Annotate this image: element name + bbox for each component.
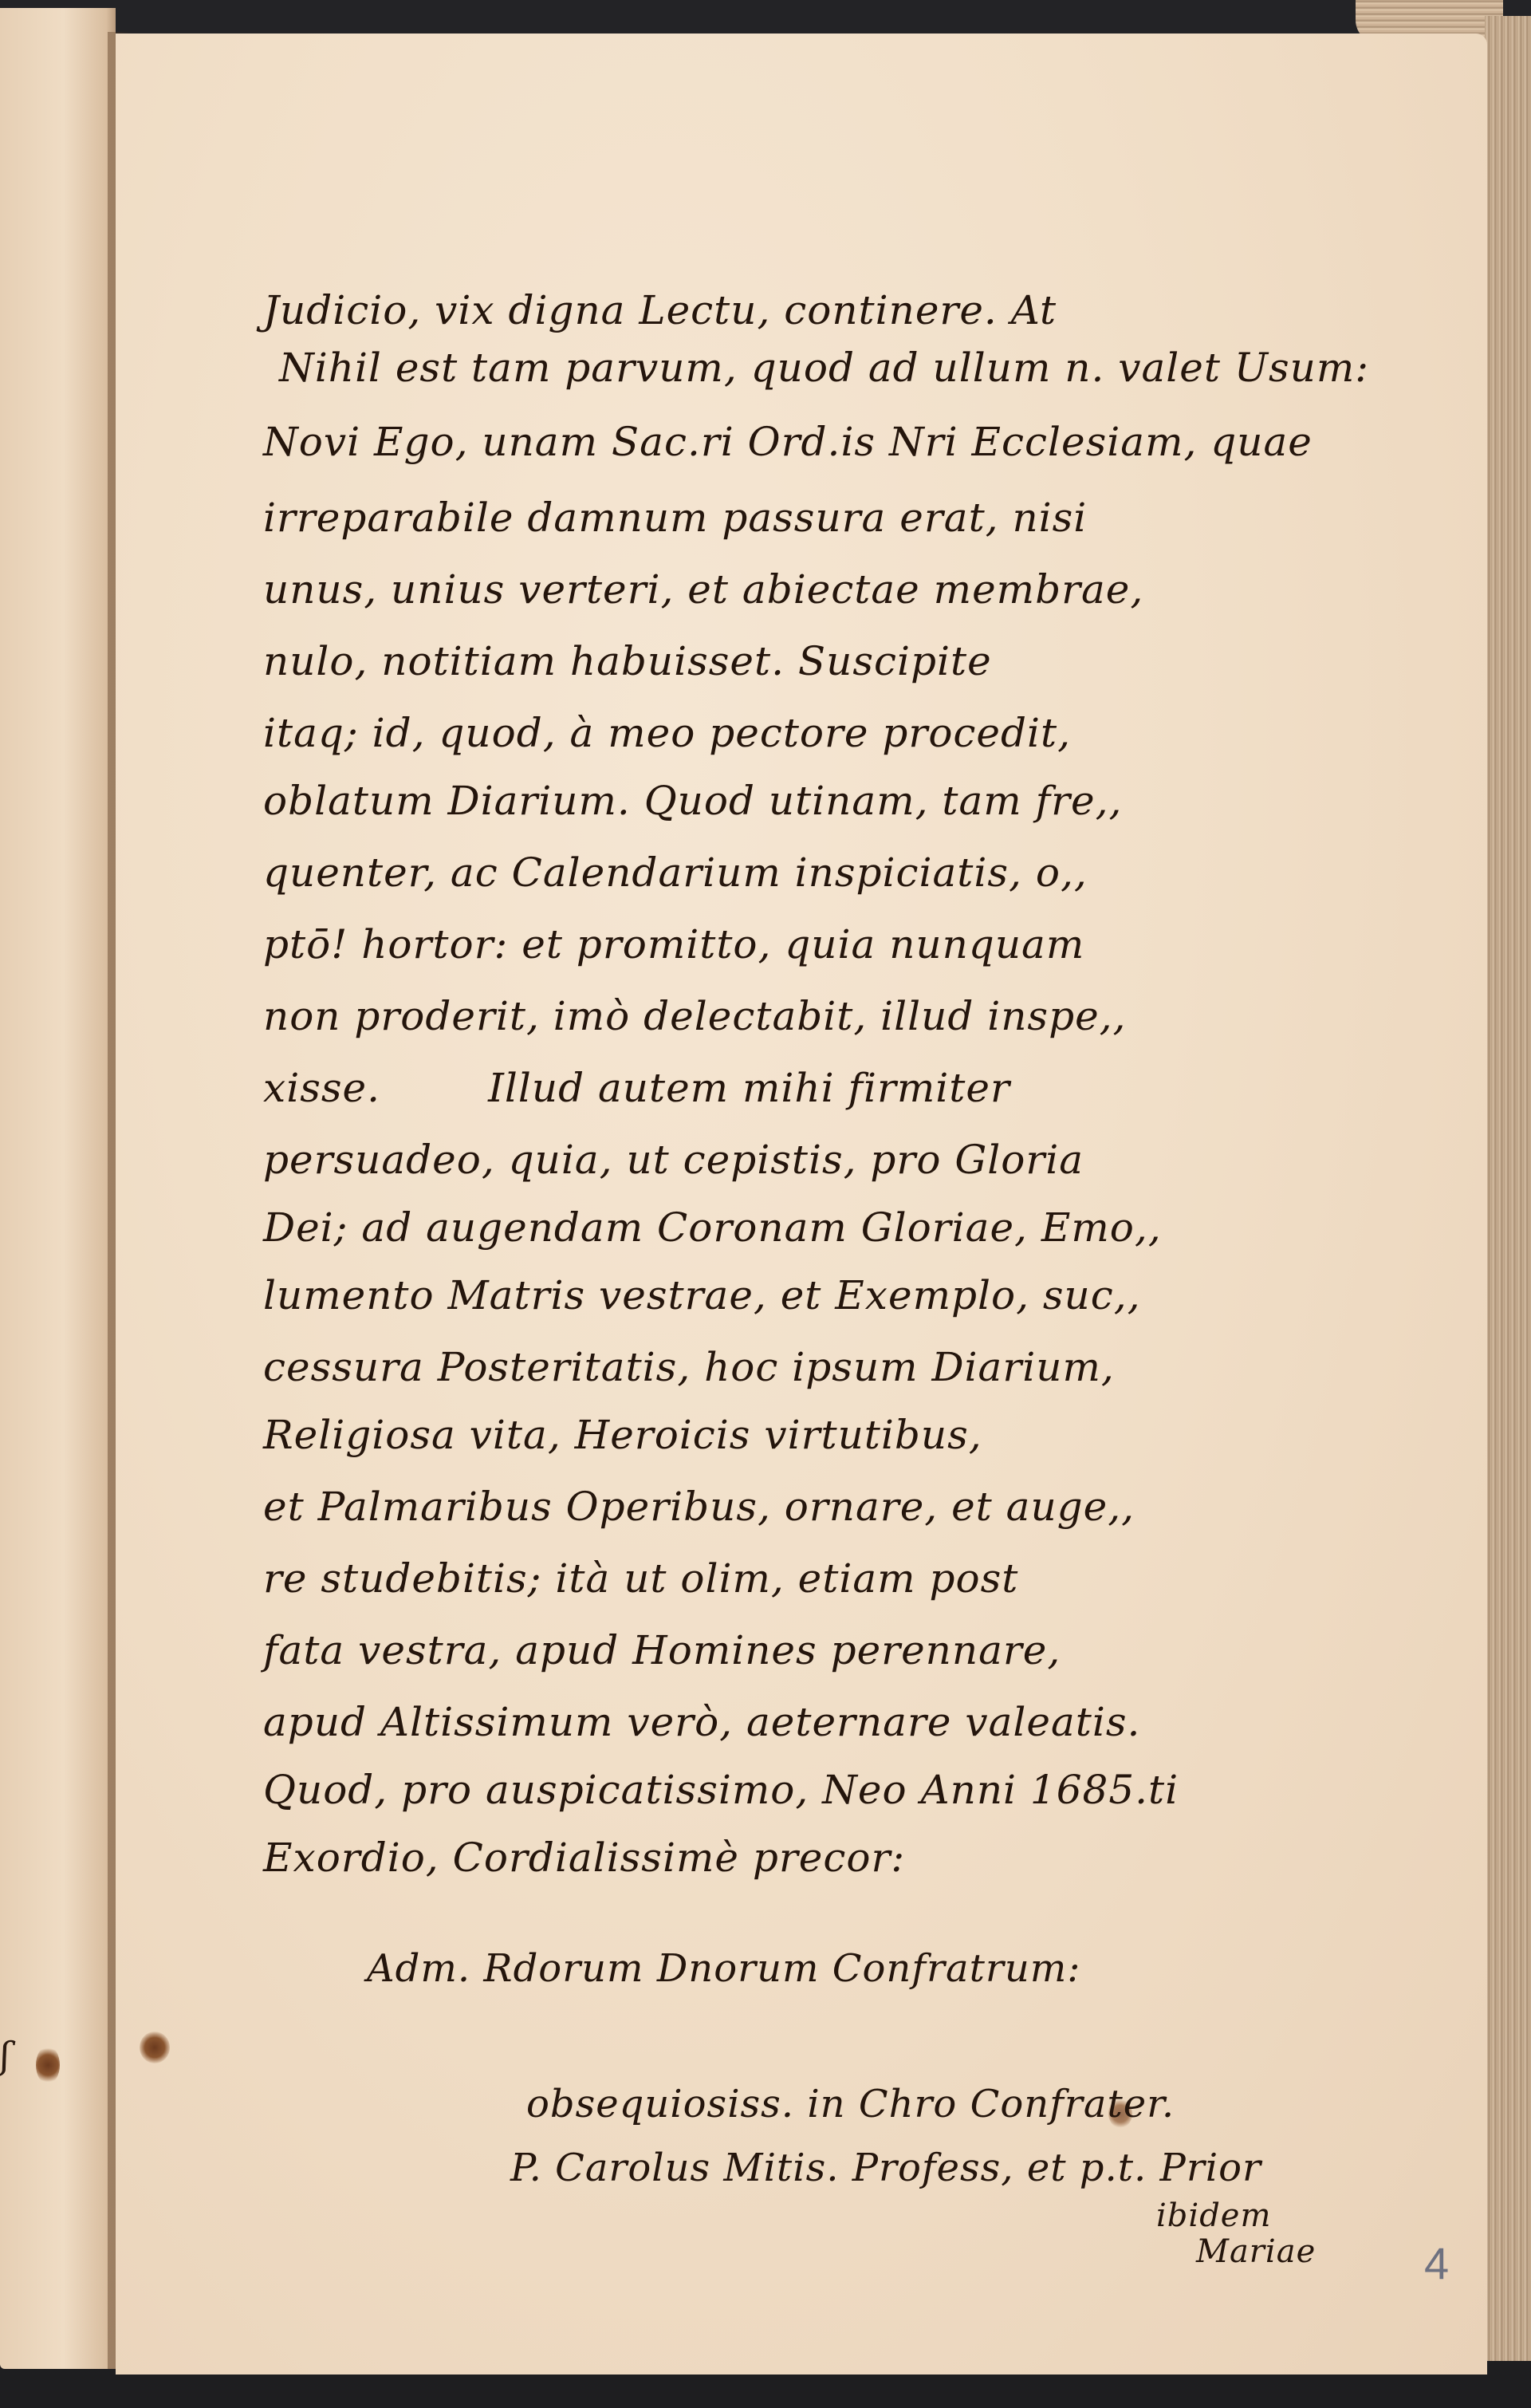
signature-line-3: ibidem (1156, 2197, 1271, 2234)
text-line: re studebitis; ità ut olim, etiam post (263, 1555, 1018, 1602)
text-line: cessura Posteritatis, hoc ipsum Diarium, (263, 1344, 1115, 1390)
text-line: apud Altissimum verò, aeternare valeatis… (263, 1699, 1140, 1745)
signature-line-2: P. Carolus Mitis. Profess, et p.t. Prior (510, 2146, 1261, 2190)
text-line: Judicio, vix digna Lectu, continere. At (263, 287, 1057, 333)
ink-stain (140, 2032, 170, 2063)
text-line: fata vestra, apud Homines perennare, (263, 1627, 1061, 1673)
right-page-edges (1485, 16, 1531, 2361)
left-facing-page: ʃ (0, 8, 116, 2369)
text-line: persuadeo, quia, ut cepistis, pro Gloria (263, 1137, 1084, 1183)
folio-number: 4 (1424, 2237, 1449, 2289)
signature-flourish: Mariae (1196, 2233, 1316, 2270)
text-line: ptō! hortor: et promitto, quia nunquam (263, 921, 1084, 968)
text-line: irreparabile damnum passura erat, nisi (263, 495, 1087, 541)
text-line: xisse. Illud autem mihi firmiter (263, 1065, 1010, 1111)
text-line: Nihil est tam parvum, quod ad ullum n. v… (279, 345, 1369, 391)
text-line: Quod, pro auspicatissimo, Neo Anni 1685.… (263, 1767, 1179, 1813)
addressee-line: Adm. Rdorum Dnorum Confratrum: (367, 1946, 1080, 1991)
text-line: Religiosa vita, Heroicis virtutibus, (263, 1412, 982, 1458)
text-line: quenter, ac Calendarium inspiciatis, o,, (263, 849, 1088, 896)
text-line: nulo, notitiam habuisset. Suscipite (263, 638, 992, 684)
left-page-ink-fragment: ʃ (0, 2034, 10, 2077)
text-line: itaq; id, quod, à meo pectore procedit, (263, 710, 1071, 756)
ink-stain (36, 2046, 60, 2084)
signature-line-1: obsequiosiss. in Chro Confrater. (526, 2082, 1175, 2126)
text-line: et Palmaribus Operibus, ornare, et auge,… (263, 1484, 1135, 1530)
text-line: Exordio, Cordialissimè precor: (263, 1835, 905, 1881)
text-line: oblatum Diarium. Quod utinam, tam fre,, (263, 778, 1122, 824)
text-line: non proderit, imò delectabit, illud insp… (263, 993, 1126, 1039)
text-line: Novi Ego, unam Sac.ri Ord.is Nri Ecclesi… (263, 419, 1313, 465)
text-line: Dei; ad augendam Coronam Gloriae, Emo,, (263, 1204, 1162, 1251)
text-line: unus, unius verteri, et abiectae membrae… (263, 566, 1143, 613)
text-line: lumento Matris vestrae, et Exemplo, suc,… (263, 1272, 1141, 1318)
